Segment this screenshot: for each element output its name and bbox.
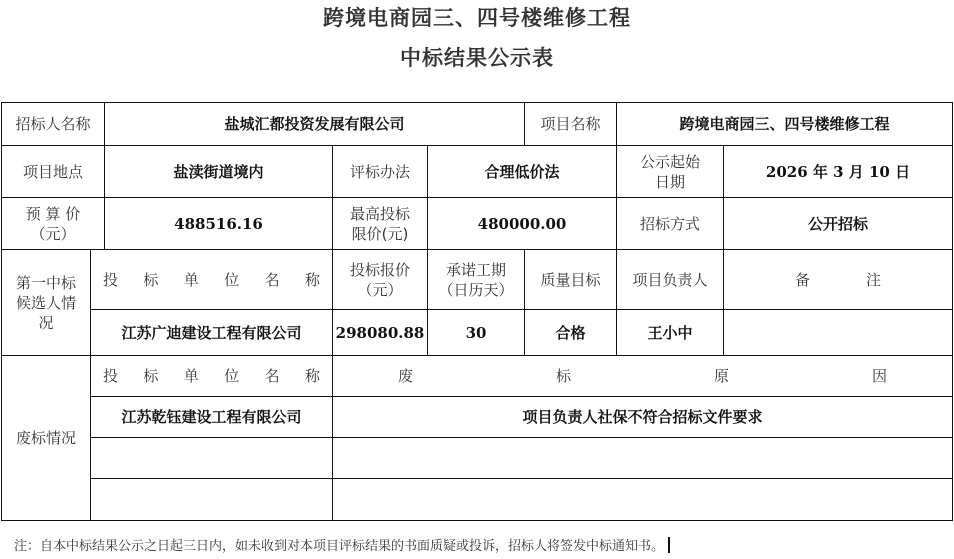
rejected-reason [332, 437, 953, 479]
rejected-bidder-header: 投 标 单 位 名 称 [90, 355, 333, 397]
header-char: 原 [714, 366, 729, 386]
header-char: 废 [398, 366, 413, 386]
header-char: 标 [556, 366, 571, 386]
footer-note: 注：自本中标结果公示之日起三日内，如未收到对本项目评标结果的书面质疑或投诉，招标… [14, 535, 670, 554]
header-char: 称 [305, 270, 320, 290]
header-char: 单 [184, 270, 199, 290]
tenderer-value: 盐城汇都投资发展有限公司 [104, 102, 525, 146]
header-char: 名 [265, 270, 280, 290]
winner-quality: 合格 [524, 309, 617, 356]
project-name-value: 跨境电商园三、四号楼维修工程 [616, 102, 953, 146]
location-value: 盐渎街道境内 [104, 145, 333, 198]
header-char: 位 [224, 270, 239, 290]
rejected-bidder-name: 江苏乾钰建设工程有限公司 [90, 396, 333, 438]
tender-type-value: 公开招标 [723, 197, 953, 250]
winner-period: 30 [427, 309, 525, 356]
header-char: 因 [872, 366, 887, 386]
bid-price-header: 投标报价 （元） [332, 249, 428, 310]
manager-header: 项目负责人 [616, 249, 724, 310]
quality-header: 质量目标 [524, 249, 617, 310]
text-cursor [668, 537, 670, 553]
header-char: 备 [795, 270, 810, 290]
winner-bid-price: 298080.88 [332, 309, 428, 356]
eval-method-label: 评标办法 [332, 145, 428, 198]
bid-price-header-line2: （元） [357, 280, 402, 300]
footer-note-text: 注：自本中标结果公示之日起三日内，如未收到对本项目评标结果的书面质疑或投诉，招标… [14, 539, 664, 554]
publish-start-value: 2026 年 3 月 10 日 [723, 145, 953, 198]
winner-bidder-header: 投 标 单 位 名 称 [90, 249, 333, 310]
bid-price-header-line1: 投标报价 [350, 260, 410, 280]
rejected-reason-header: 废 标 原 因 [332, 355, 953, 397]
rejected-section-label: 废标情况 [1, 355, 91, 521]
publish-start-label: 公示起始 日期 [616, 145, 724, 198]
rejected-reason [332, 478, 953, 521]
tenderer-label: 招标人名称 [1, 102, 105, 146]
document-subtitle: 中标结果公示表 [0, 42, 954, 72]
location-label: 项目地点 [1, 145, 105, 198]
period-header-line2: （日历天） [438, 280, 513, 300]
header-char: 位 [224, 366, 239, 386]
winner-remark [723, 309, 953, 356]
header-char: 称 [305, 366, 320, 386]
rejected-bidder-name [90, 437, 333, 479]
budget-value: 488516.16 [104, 197, 333, 250]
header-char: 名 [265, 366, 280, 386]
remark-header: 备 注 [723, 249, 953, 310]
project-name-label: 项目名称 [524, 102, 617, 146]
header-char: 单 [184, 366, 199, 386]
header-char: 标 [143, 270, 158, 290]
budget-label: 预 算 价 （元） [1, 197, 105, 250]
max-price-value: 480000.00 [427, 197, 617, 250]
winner-section-label: 第一中标候选人情况 [1, 249, 91, 356]
publish-start-label-line2: 日期 [655, 172, 685, 192]
tender-type-label: 招标方式 [616, 197, 724, 250]
period-header: 承诺工期 （日历天） [427, 249, 525, 310]
rejected-reason: 项目负责人社保不符合招标文件要求 [332, 396, 953, 438]
header-char: 标 [143, 366, 158, 386]
eval-method-value: 合理低价法 [427, 145, 617, 198]
max-price-label: 最高投标 限价(元) [332, 197, 428, 250]
header-char: 注 [866, 270, 881, 290]
document-title: 跨境电商园三、四号楼维修工程 [0, 2, 954, 32]
winner-bidder-name: 江苏广迪建设工程有限公司 [90, 309, 333, 356]
header-char: 投 [103, 366, 118, 386]
publish-start-label-line1: 公示起始 [640, 152, 700, 172]
winner-manager: 王小中 [616, 309, 724, 356]
max-price-label-line2: 限价(元) [352, 224, 409, 244]
budget-label-line2: （元） [30, 224, 75, 244]
max-price-label-line1: 最高投标 [350, 204, 410, 224]
header-char: 投 [103, 270, 118, 290]
period-header-line1: 承诺工期 [446, 260, 506, 280]
rejected-bidder-name [90, 478, 333, 521]
budget-label-line1: 预 算 价 [26, 204, 81, 224]
